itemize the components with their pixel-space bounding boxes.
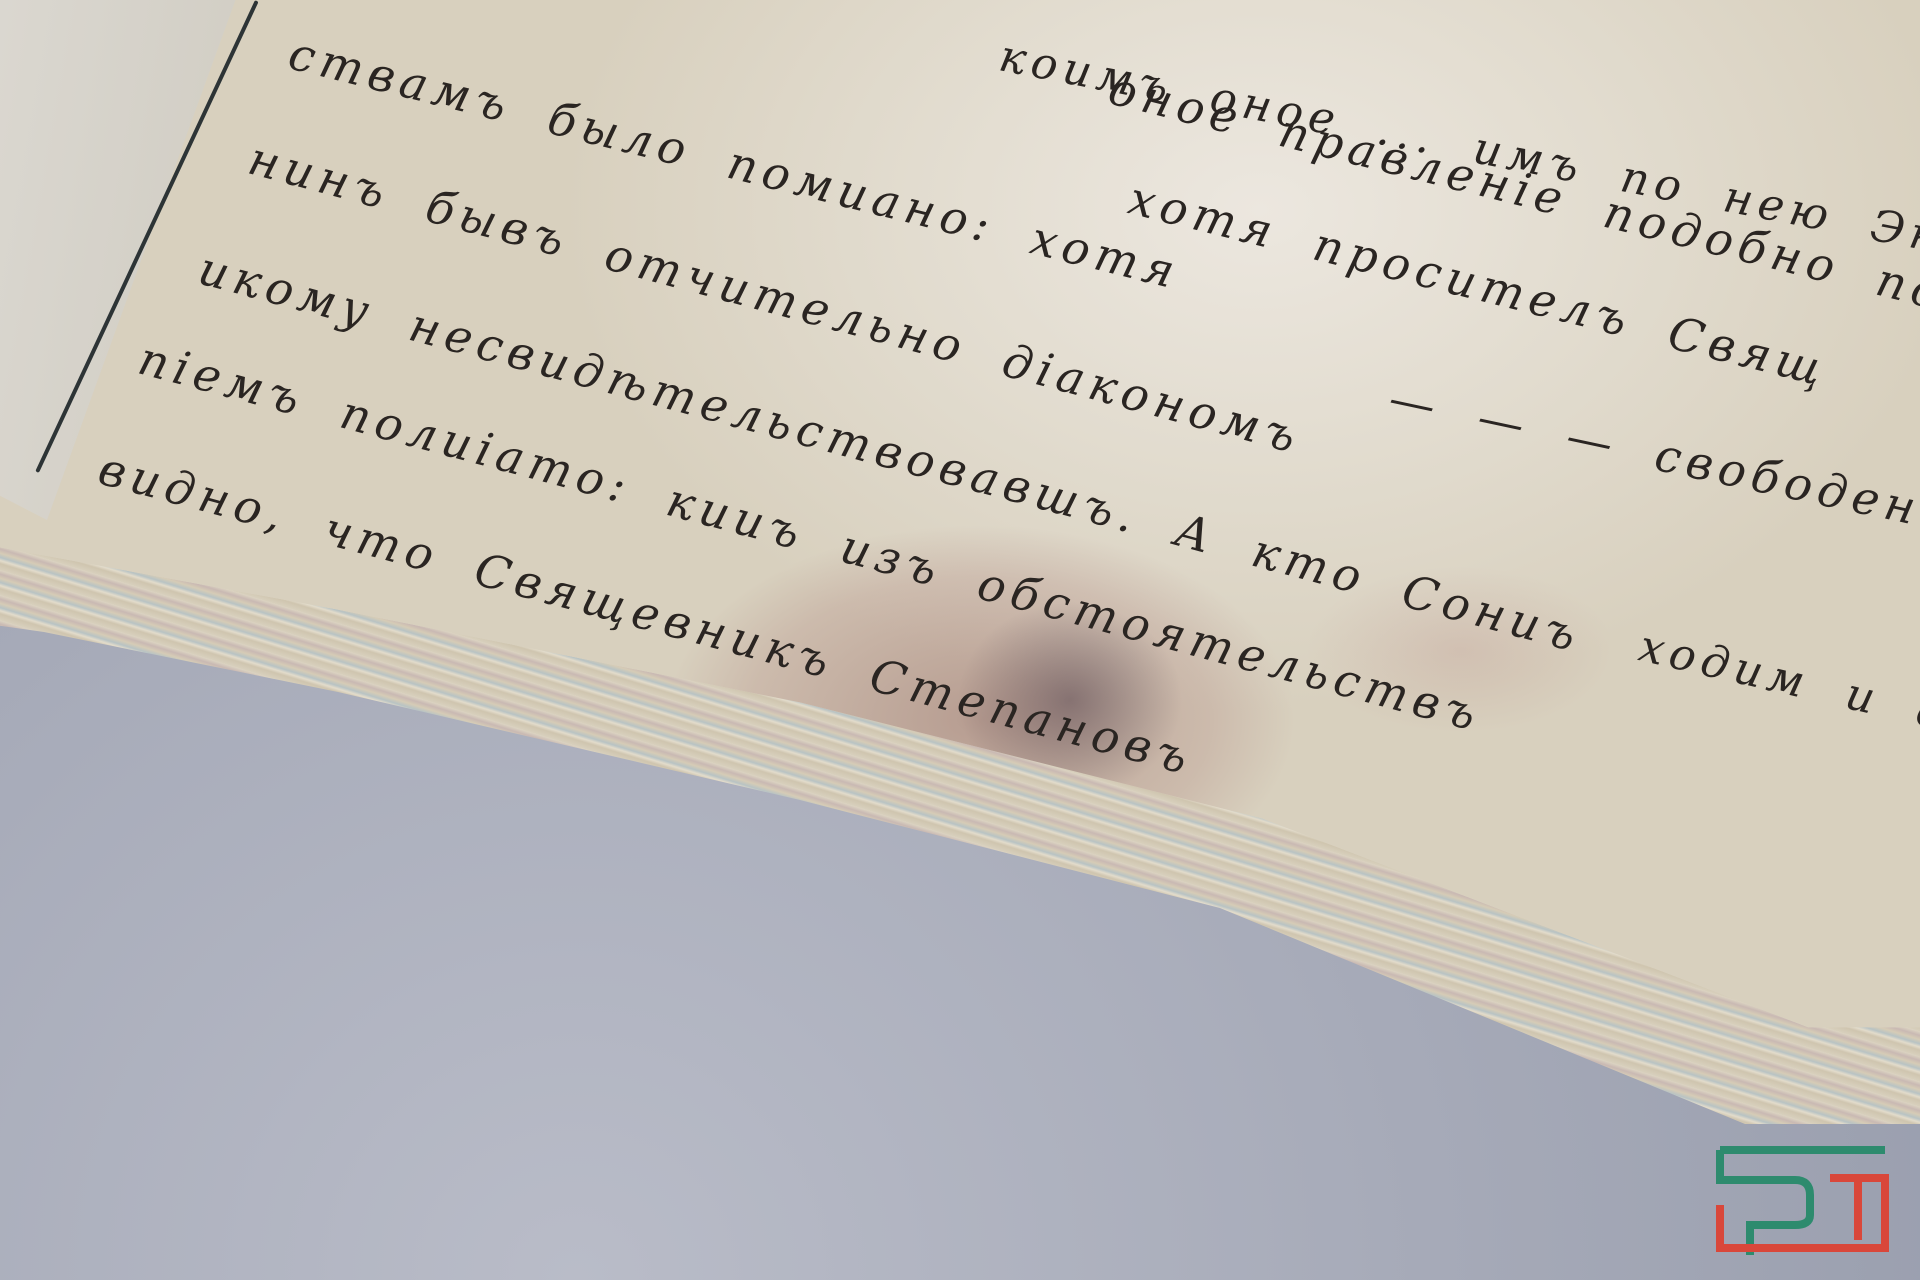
manuscript-photo: коимъ оное ... имъ по нею Экстрен ствамъ… [0, 0, 1920, 1280]
manuscript-page [0, 0, 1920, 1120]
pt-logo-icon [1700, 1130, 1890, 1255]
